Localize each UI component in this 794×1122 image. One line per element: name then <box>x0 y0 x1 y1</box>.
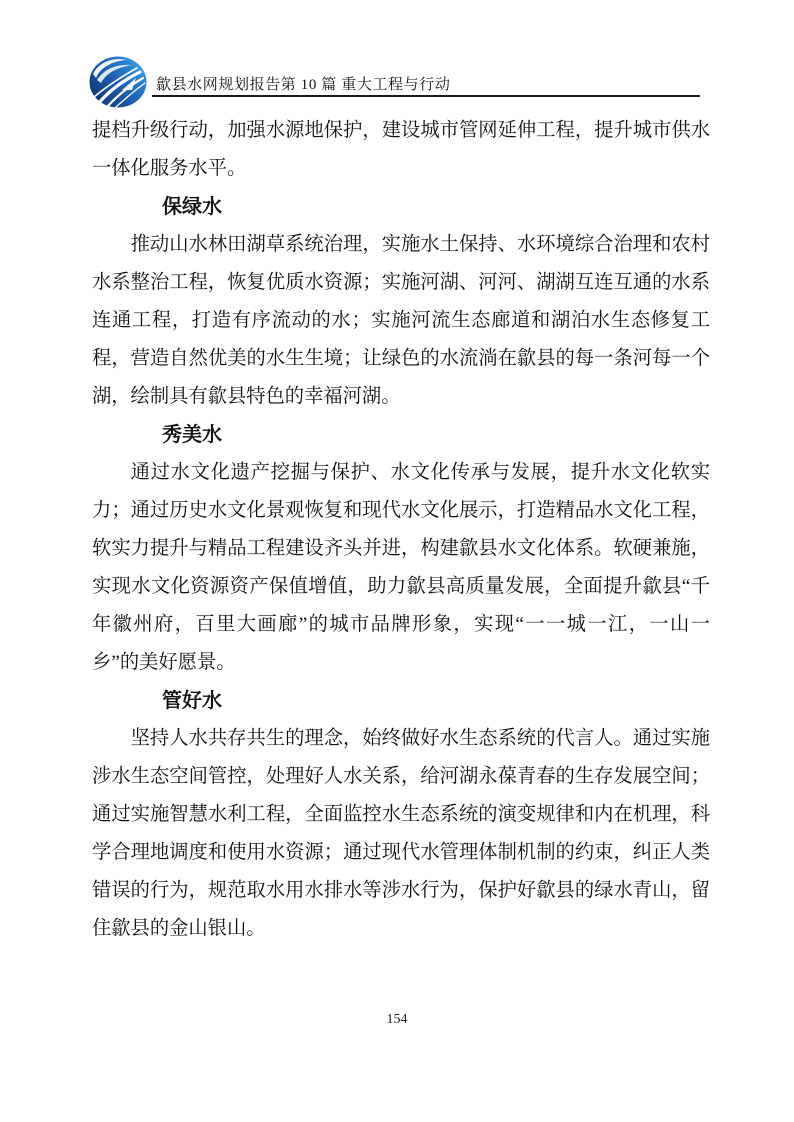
page-number: 154 <box>0 1012 794 1028</box>
section-heading-beautiful-water: 秀美水 <box>92 416 710 454</box>
body-paragraph: 通过水文化遗产挖掘与保护、水文化传承与发展，提升水文化软实力；通过历史水文化景观… <box>92 454 710 682</box>
header-divider <box>152 95 700 97</box>
section-heading-keep-green-water: 保绿水 <box>92 188 710 226</box>
report-header-title: 歙县水网规划报告第 10 篇 重大工程与行动 <box>156 73 450 94</box>
body-paragraph: 推动山水林田湖草系统治理，实施水土保持、水环境综合治理和农村水系整治工程，恢复优… <box>92 226 710 416</box>
body-paragraph: 坚持人水共存共生的理念，始终做好水生态系统的代言人。通过实施涉水生态空间管控，处… <box>92 720 710 948</box>
globe-road-swoosh-logo-icon <box>88 56 150 108</box>
section-heading-manage-water: 管好水 <box>92 682 710 720</box>
document-page: 歙县水网规划报告第 10 篇 重大工程与行动 提档升级行动，加强水源地保护，建设… <box>0 0 794 1122</box>
body-paragraph: 提档升级行动，加强水源地保护，建设城市管网延伸工程，提升城市供水一体化服务水平。 <box>92 112 710 188</box>
document-body: 提档升级行动，加强水源地保护，建设城市管网延伸工程，提升城市供水一体化服务水平。… <box>92 112 710 948</box>
